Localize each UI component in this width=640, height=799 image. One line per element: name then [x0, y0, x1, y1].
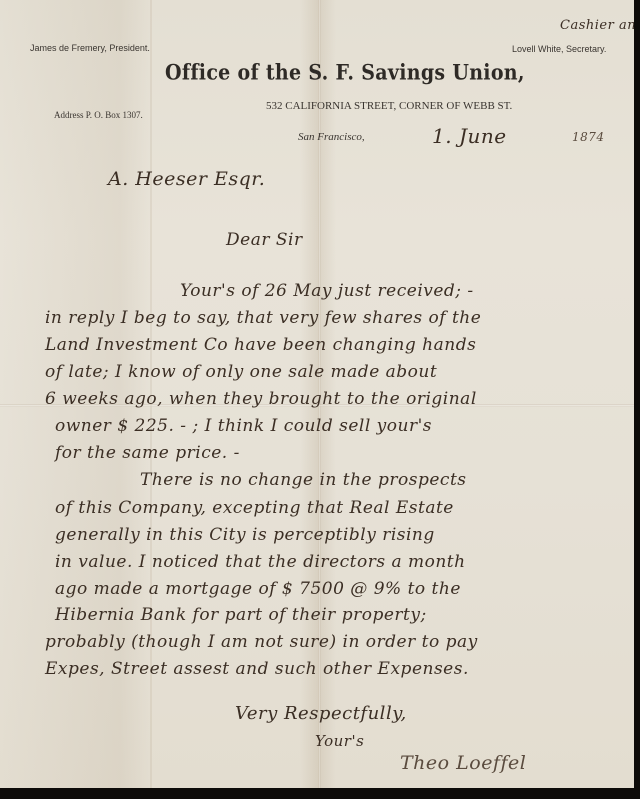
date-year: 1874	[572, 130, 605, 144]
body-line: in value. I noticed that the directors a…	[55, 552, 466, 572]
body-line: Land Investment Co have been changing ha…	[45, 335, 476, 355]
body-line: generally in this City is perceptibly ri…	[55, 525, 435, 545]
cashier-annotation: Cashier and	[560, 18, 634, 33]
letterhead-title: Office of the S. F. Savings Union,	[165, 60, 525, 85]
secretary-line: Lovell White, Secretary.	[512, 44, 606, 54]
body-line: for the same price. -	[55, 443, 240, 463]
closing-yours: Your's	[315, 732, 364, 750]
letter-page: James de Fremery, President. Lovell Whit…	[0, 0, 634, 788]
body-line: Expes, Street assest and such other Expe…	[45, 659, 469, 679]
body-line: There is no change in the prospects	[140, 470, 467, 490]
street-address: 532 CALIFORNIA STREET, CORNER OF WEBB ST…	[266, 100, 512, 112]
body-line: owner $ 225. - ; I think I could sell yo…	[55, 416, 432, 436]
city-line: San Francisco,	[298, 131, 365, 143]
body-line: of late; I know of only one sale made ab…	[45, 362, 437, 382]
scan-border-right	[634, 0, 640, 799]
body-line: in reply I beg to say, that very few sha…	[45, 308, 481, 328]
body-line: of this Company, excepting that Real Est…	[55, 498, 454, 518]
president-line: James de Fremery, President.	[30, 43, 150, 53]
addressee: A. Heeser Esqr.	[108, 168, 265, 190]
body-line: Hibernia Bank for part of their property…	[55, 605, 427, 625]
body-line: ago made a mortgage of $ 7500 @ 9% to th…	[55, 579, 461, 599]
date-day-month: 1. June	[432, 124, 507, 148]
closing: Very Respectfully,	[235, 703, 407, 724]
signature: Theo Loeffel	[400, 752, 526, 774]
body-line: probably (though I am not sure) in order…	[45, 632, 478, 652]
body-line: Your's of 26 May just received; -	[180, 281, 474, 301]
salutation: Dear Sir	[226, 230, 303, 250]
po-box: Address P. O. Box 1307.	[54, 110, 143, 120]
scan-border-bottom	[0, 788, 640, 799]
body-line: 6 weeks ago, when they brought to the or…	[45, 389, 477, 409]
